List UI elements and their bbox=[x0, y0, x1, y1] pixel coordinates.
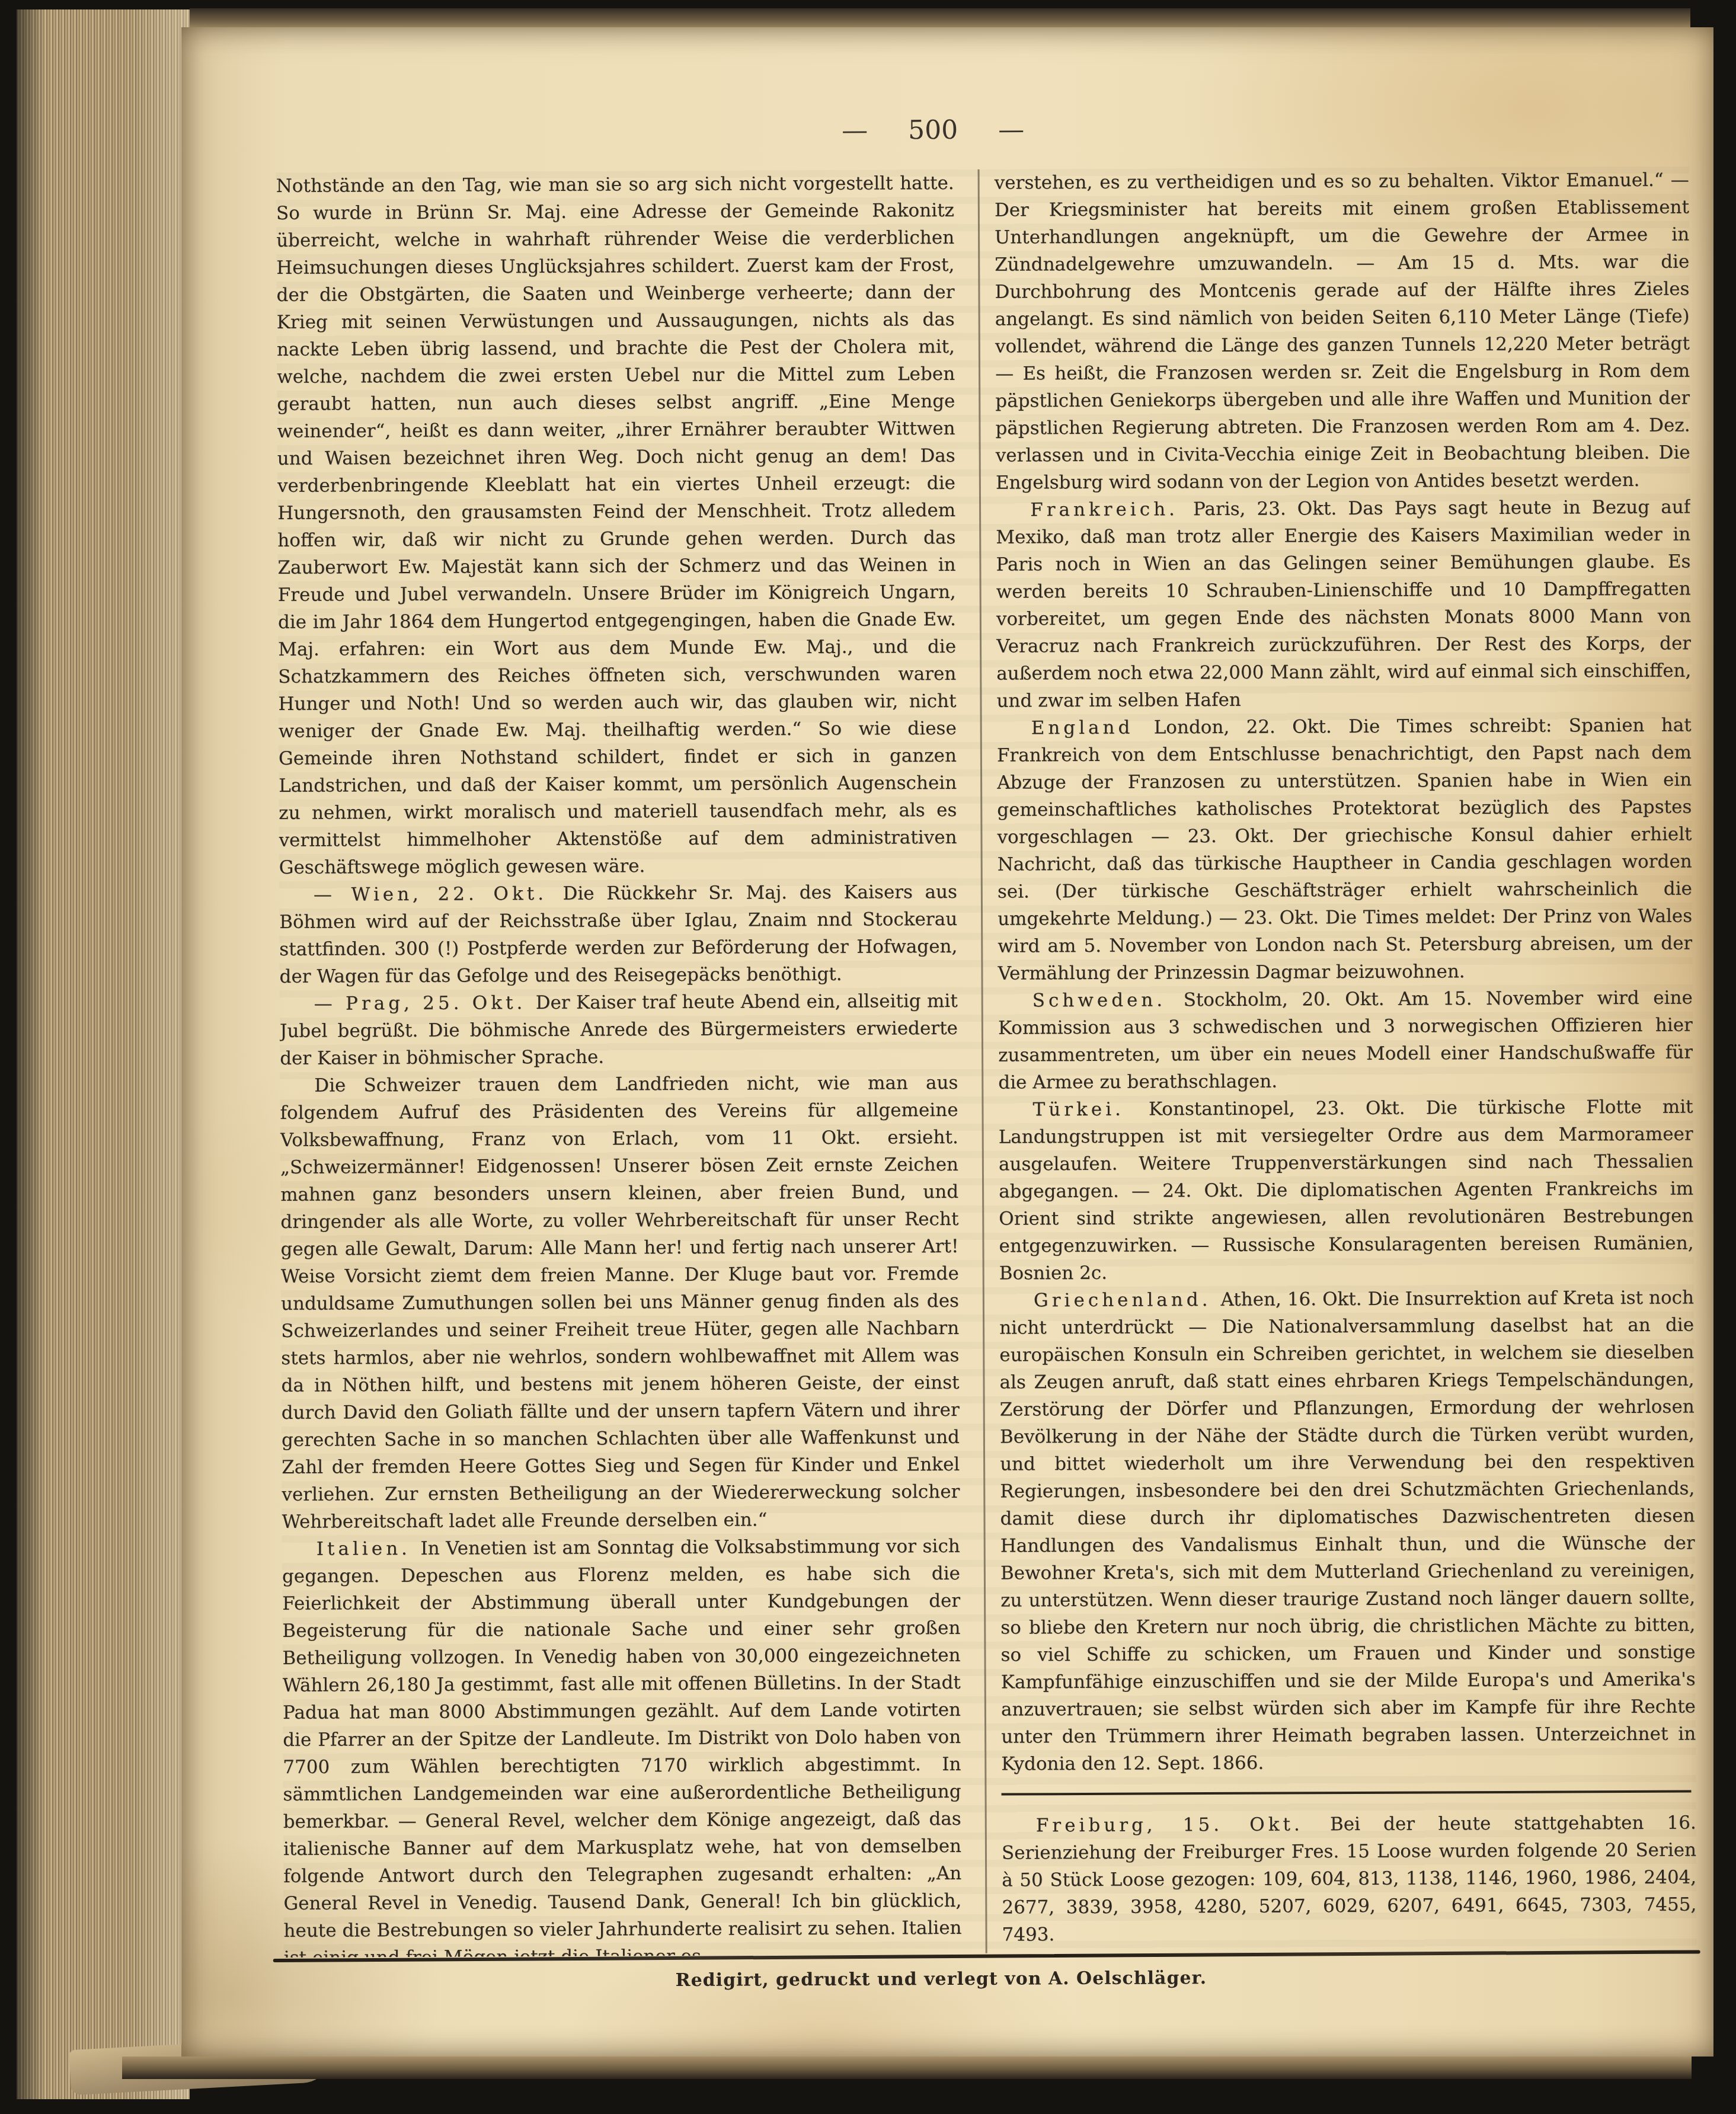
paragraph: England London, 22. Okt. Die Times schre… bbox=[997, 712, 1693, 987]
book-bottom-edge bbox=[122, 2057, 1692, 2079]
paragraph: Türkei. Konstantinopel, 23. Okt. Die tür… bbox=[998, 1093, 1693, 1287]
paragraph: Schweden. Stockholm, 20. Okt. Am 15. Nov… bbox=[998, 984, 1693, 1096]
paragraph-lead: Frankreich. bbox=[1030, 498, 1193, 520]
paragraph: Griechenland. Athen, 16. Okt. Die Insurr… bbox=[999, 1284, 1696, 1778]
section-divider-rule bbox=[1002, 1790, 1692, 1796]
paragraph: verstehen, es zu vertheidigen und es so … bbox=[995, 167, 1690, 497]
page-number: — 500 — bbox=[177, 112, 1689, 149]
paragraph: Die Schweizer trauen dem Landfrieden nic… bbox=[280, 1069, 960, 1536]
scanned-page: — 500 — Nothstände an den Tag, wie man s… bbox=[181, 27, 1713, 2057]
paragraph: Freiburg, 15. Okt. Bei der heute stattge… bbox=[1002, 1809, 1697, 1949]
paragraph-lead: Türkei. bbox=[1032, 1099, 1149, 1121]
right-column: verstehen, es zu vertheidigen und es so … bbox=[970, 167, 1697, 1955]
paragraph: Frankreich. Paris, 23. Okt. Das Pays sag… bbox=[996, 494, 1692, 715]
printer-imprint: Redigirt, gedruckt und verlegt von A. Oe… bbox=[186, 1965, 1697, 1993]
paragraph-lead: — Wien, 22. Okt. bbox=[314, 883, 563, 906]
paragraph-lead: Freiburg, 15. Okt. bbox=[1036, 1814, 1330, 1836]
paragraph-lead: England bbox=[1031, 717, 1154, 738]
paragraph: Italien. In Venetien ist am Sonntag die … bbox=[282, 1533, 962, 1958]
paragraph-lead: Griechenland. bbox=[1034, 1289, 1221, 1311]
paragraph-lead: Schweden. bbox=[1032, 989, 1184, 1011]
page-content: — 500 — Nothstände an den Tag, wie man s… bbox=[177, 24, 1718, 2059]
paragraph-lead: — Prag, 25. Okt. bbox=[314, 992, 536, 1015]
paragraph: — Wien, 22. Okt. Die Rückkehr Sr. Maj. d… bbox=[279, 878, 958, 990]
book-page-edges bbox=[17, 9, 190, 2099]
paragraph: — Prag, 25. Okt. Der Kaiser traf heute A… bbox=[280, 987, 958, 1072]
left-column: Nothstände an den Tag, wie man sie so ar… bbox=[276, 169, 977, 1958]
paragraph-lead: Italien. bbox=[316, 1538, 421, 1560]
text-columns: Nothstände an den Tag, wie man sie so ar… bbox=[276, 167, 1697, 1958]
paragraph: Nothstände an den Tag, wie man sie so ar… bbox=[276, 169, 957, 881]
